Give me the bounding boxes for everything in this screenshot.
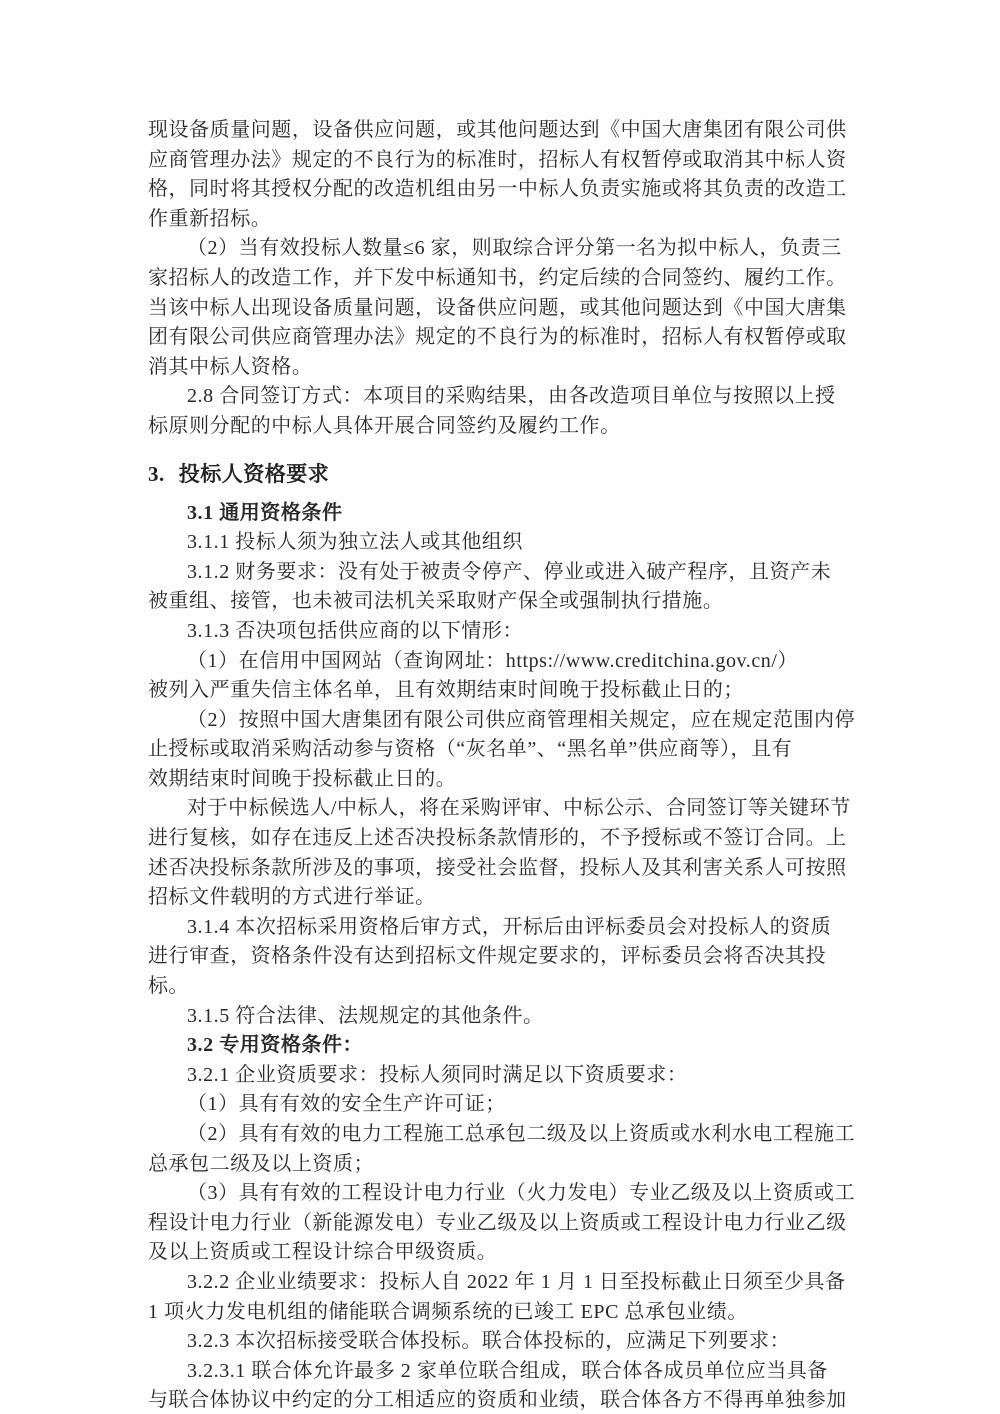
text-line: 与联合体协议中约定的分工相适应的资质和业绩，联合体各方不得再单独参加 [148, 1386, 860, 1414]
subsection-title-line: 3.2 专用资格条件： [148, 1031, 860, 1061]
section-heading: 3.投标人资格要求 [148, 459, 860, 489]
text-line: 团有限公司供应商管理办法》规定的不良行为的标准时，招标人有权暂停或取 [148, 323, 860, 353]
text-line: 3.2.2 企业业绩要求：投标人自 2022 年 1 月 1 日至投标截止日须至… [148, 1268, 860, 1298]
text-line: 3.2.1 企业资质要求：投标人须同时满足以下资质要求： [148, 1061, 860, 1091]
text-line: 标原则分配的中标人具体开展合同签约及履约工作。 [148, 412, 860, 442]
text-line: 被重组、接管，也未被司法机关采取财产保全或强制执行措施。 [148, 587, 860, 617]
text-line: （1）在信用中国网站（查询网址：https://www.creditchina.… [148, 647, 860, 677]
text-line: 效期结束时间晚于投标截止日的。 [148, 765, 860, 795]
text-line: 格，同时将其授权分配的改造机组由另一中标人负责实施或将其负责的改造工 [148, 175, 860, 205]
text-line: 应商管理办法》规定的不良行为的标准时，招标人有权暂停或取消其中标人资 [148, 146, 860, 176]
text-line: 述否决投标条款所涉及的事项，接受社会监督，投标人及其利害关系人可按照 [148, 854, 860, 884]
text-line: （3）具有有效的工程设计电力行业（火力发电）专业乙级及以上资质或工 [148, 1179, 860, 1209]
text-line: 总承包二级及以上资质； [148, 1150, 860, 1180]
text-line: 3.2.3.1 联合体允许最多 2 家单位联合组成，联合体各成员单位应当具备 [148, 1357, 860, 1387]
text-line: 招标文件载明的方式进行举证。 [148, 883, 860, 913]
text-line: 对于中标候选人/中标人，将在采购评审、中标公示、合同签订等关键环节 [148, 794, 860, 824]
text-line: 进行审查，资格条件没有达到招标文件规定要求的，评标委员会将否决其投 [148, 942, 860, 972]
text-line: 3.1.3 否决项包括供应商的以下情形： [148, 617, 860, 647]
text-line: （2）具有有效的电力工程施工总承包二级及以上资质或水利水电工程施工 [148, 1120, 860, 1150]
text-line: 作重新招标。 [148, 205, 860, 235]
text-line: （2）当有效投标人数量≤6 家，则取综合评分第一名为拟中标人，负责三 [148, 234, 860, 264]
text-line: （1）具有有效的安全生产许可证； [148, 1090, 860, 1120]
text-line: 及以上资质或工程设计综合甲级资质。 [148, 1238, 860, 1268]
text-line: （2）按照中国大唐集团有限公司供应商管理相关规定，应在规定范围内停 [148, 706, 860, 736]
text-line: 现设备质量问题，设备供应问题，或其他问题达到《中国大唐集团有限公司供 [148, 116, 860, 146]
text-line: 程设计电力行业（新能源发电）专业乙级及以上资质或工程设计电力行业乙级 [148, 1209, 860, 1239]
text-line: 止授标或取消采购活动参与资格（“灰名单”、“黑名单”供应商等），且有 [148, 735, 860, 765]
document-body: 现设备质量问题，设备供应问题，或其他问题达到《中国大唐集团有限公司供应商管理办法… [148, 116, 860, 1414]
text-line: 2.8 合同签订方式：本项目的采购结果，由各改造项目单位与按照以上授 [148, 382, 860, 412]
text-line: 3.1.5 符合法律、法规规定的其他条件。 [148, 1002, 860, 1032]
subsection-title-line: 3.1 通用资格条件 [148, 499, 860, 529]
text-line: 标。 [148, 972, 860, 1002]
text-line: 进行复核，如存在违反上述否决投标条款情形的，不予授标或不签订合同。上 [148, 824, 860, 854]
text-line: 当该中标人出现设备质量问题，设备供应问题，或其他问题达到《中国大唐集 [148, 294, 860, 324]
text-line: 3.1.4 本次招标采用资格后审方式，开标后由评标委员会对投标人的资质 [148, 913, 860, 943]
section-heading-number: 3. [148, 459, 165, 489]
text-line: 3.1.1 投标人须为独立法人或其他组织 [148, 528, 860, 558]
section-heading-text: 投标人资格要求 [179, 459, 330, 489]
text-line: 消其中标人资格。 [148, 353, 860, 383]
text-line: 1 项火力发电机组的储能联合调频系统的已竣工 EPC 总承包业绩。 [148, 1298, 860, 1328]
text-line: 家招标人的改造工作，并下发中标通知书，约定后续的合同签约、履约工作。 [148, 264, 860, 294]
document-page: 现设备质量问题，设备供应问题，或其他问题达到《中国大唐集团有限公司供应商管理办法… [0, 0, 1000, 1414]
text-line: 被列入严重失信主体名单，且有效期结束时间晚于投标截止日的； [148, 676, 860, 706]
text-line: 3.1.2 财务要求：没有处于被责令停产、停业或进入破产程序，且资产未 [148, 558, 860, 588]
text-line: 3.2.3 本次招标接受联合体投标。联合体投标的，应满足下列要求： [148, 1327, 860, 1357]
